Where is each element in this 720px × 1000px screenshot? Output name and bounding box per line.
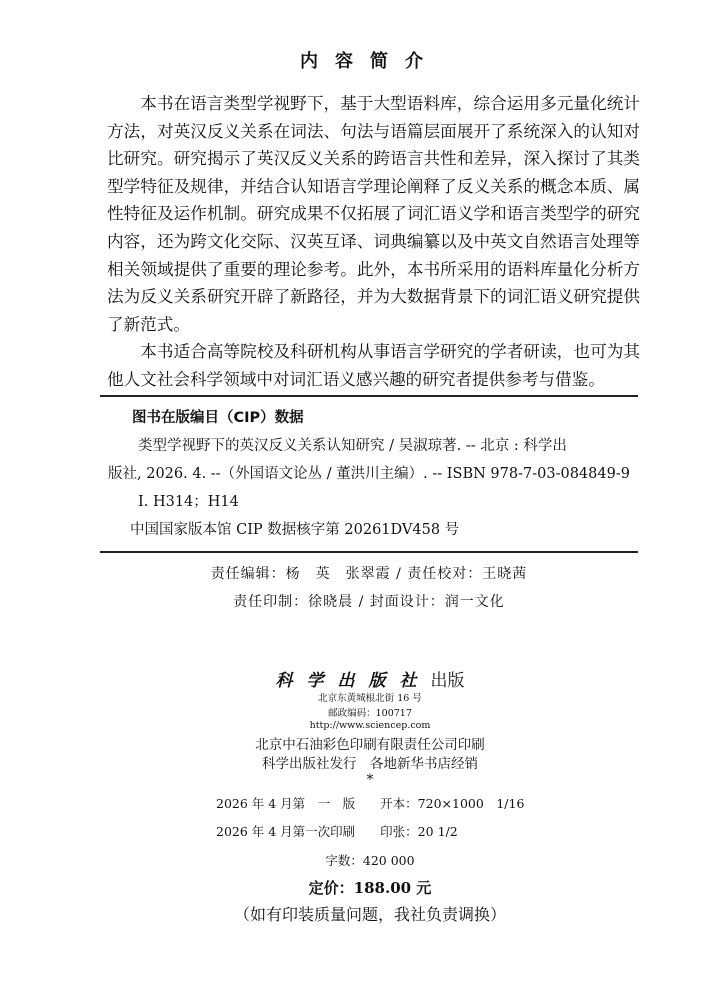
publisher-postcode: 邮政编码：100717 <box>100 705 640 719</box>
publisher-logo: 科学出版社 <box>276 671 431 691</box>
printer: 北京中石油彩色印刷有限责任公司印刷 <box>100 733 640 753</box>
page-title: 内容简介 <box>0 47 720 73</box>
divider-bottom <box>100 551 638 553</box>
production-credits: 责任印制：徐晓晨 / 封面设计：润一文化 <box>100 591 638 611</box>
printing-info: 2026 年 4 月第一次印刷 印张：20 1/2 <box>216 822 458 840</box>
cip-heading: 图书在版编目（CIP）数据 <box>132 406 304 427</box>
publisher-website: http://www.sciencep.com <box>100 720 640 731</box>
word-count: 字数：420 000 <box>100 851 640 869</box>
price: 定价：188.00 元 <box>100 877 640 898</box>
separator-star: * <box>100 772 640 788</box>
cip-classification: Ⅰ. H314；H14 <box>108 488 640 516</box>
publisher-suffix: 出版 <box>431 671 465 691</box>
edition-info: 2026 年 4 月第 一 版 开本：720×1000 1/16 <box>216 794 524 812</box>
summary-body: 本书在语言类型学视野下，基于大型语料库，综合运用多元量化统计方法，对英汉反义关系… <box>107 90 640 394</box>
publisher-line: 科学出版社出版 <box>100 666 640 691</box>
summary-paragraph: 本书适合高等院校及科研机构从事语言学研究的学者研读，也可为其他人文社会科学领域中… <box>107 338 640 393</box>
quality-note: （如有印装质量问题，我社负责调换） <box>100 902 640 925</box>
cip-number: 中国国家版本馆 CIP 数据核字第 20261DV458 号 <box>108 516 640 544</box>
publisher-address: 北京东黄城根北街 16 号 <box>100 690 640 704</box>
cip-record: 类型学视野下的英汉反义关系认知研究 / 吴淑琼著. -- 北京 : 科学出 版社… <box>108 432 640 544</box>
cip-line: 类型学视野下的英汉反义关系认知研究 / 吴淑琼著. -- 北京 : 科学出 <box>108 432 640 460</box>
summary-paragraph: 本书在语言类型学视野下，基于大型语料库，综合运用多元量化统计方法，对英汉反义关系… <box>107 90 640 338</box>
editor-credits: 责任编辑：杨 英 张翠霞 / 责任校对：王晓茜 <box>100 563 638 583</box>
distribution: 科学出版社发行 各地新华书店经销 <box>100 752 640 772</box>
cip-line: 版社, 2026. 4. --（外国语文论丛 / 董洪川主编）. -- ISBN… <box>108 460 640 488</box>
divider-top <box>100 395 638 397</box>
